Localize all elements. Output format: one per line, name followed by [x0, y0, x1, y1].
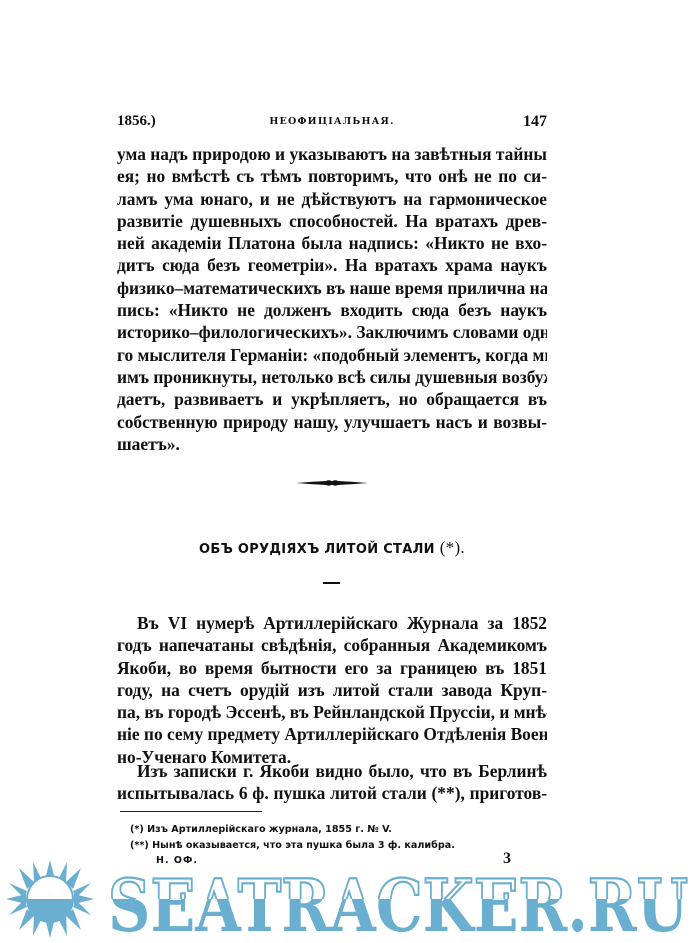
text-line: Въ VI нумерѣ Артиллерійскаго Журнала за … — [117, 612, 547, 634]
sun-icon — [6, 860, 94, 938]
text-line: Изъ записки г. Якоби видно было, что въ … — [117, 760, 547, 782]
text-line: го мыслителя Германіи: «подобный элемент… — [117, 344, 547, 366]
footnotes: (*) Изъ Артиллерійскаго журнала, 1855 г.… — [130, 822, 455, 854]
text-line: годъ напечатаны свѣдѣнія, собранныя Акад… — [117, 634, 547, 656]
footnote-2: (**) Нынѣ оказывается, что эта пушка был… — [130, 838, 455, 854]
text-line: ней академіи Платона была надпись: «Никт… — [117, 232, 547, 254]
text-line: ея; но вмѣстѣ съ тѣмъ повторимъ, что онѣ… — [117, 165, 547, 187]
text-line: пись: «Никто не долженъ входить сюда без… — [117, 299, 547, 321]
text-line: развитіе душевныхъ способностей. На врат… — [117, 210, 547, 232]
divider-ornament-icon — [296, 479, 368, 487]
running-header: 1856.) НЕОФИЦІАЛЬНАЯ. 147 — [117, 113, 547, 133]
text-line: шаетъ». — [117, 433, 547, 455]
text-line: историко–филологическихъ». Заключимъ сло… — [117, 321, 547, 343]
text-line: собственную природу нашу, улучшаетъ насъ… — [117, 411, 547, 433]
page-number: 147 — [523, 113, 547, 131]
footnote-marker: (*). — [440, 538, 465, 557]
header-section-title: НЕОФИЦІАЛЬНАЯ. — [117, 116, 547, 127]
article-paragraph-2: Изъ записки г. Якоби видно было, что въ … — [117, 760, 547, 805]
document-page: 1856.) НЕОФИЦІАЛЬНАЯ. 147 ума надъ приро… — [0, 0, 695, 943]
article-title: ОБЪ ОРУДІЯХЪ ЛИТОЙ СТАЛИ (*). — [117, 538, 547, 558]
text-line: Якоби, во время бытности его за границею… — [117, 657, 547, 679]
text-line: году, на счетъ орудій изъ литой стали за… — [117, 679, 547, 701]
article-title-text: ОБЪ ОРУДІЯХЪ ЛИТОЙ СТАЛИ — [199, 542, 435, 557]
text-line: даетъ, развиваетъ и укрѣпляетъ, но обращ… — [117, 388, 547, 410]
text-line: ніе по сему предмету Артиллерійскаго Отд… — [117, 723, 547, 745]
title-dash-divider — [323, 582, 340, 584]
article-paragraph-1: Въ VI нумерѣ Артиллерійскаго Журнала за … — [117, 612, 547, 768]
text-line: ламъ ума юнаго, и не дѣйствуютъ на гармо… — [117, 188, 547, 210]
footnote-1: (*) Изъ Артиллерійскаго журнала, 1855 г.… — [130, 822, 455, 838]
text-line: дитъ сюда безъ геометріи». На вратахъ хр… — [117, 254, 547, 276]
text-line: па, въ городѣ Эссенѣ, въ Рейнландской Пр… — [117, 701, 547, 723]
continuation-paragraph: ума надъ природою и указываютъ на завѣтн… — [117, 143, 547, 455]
text-line: имъ проникнуты, нетолько всѣ силы душевн… — [117, 366, 547, 388]
text-line: ума надъ природою и указываютъ на завѣтн… — [117, 143, 547, 165]
watermark: SEATRACKER.RU SEATRACKER.RU — [0, 855, 695, 943]
text-line: испытывалась 6 ф. пушка литой стали (**)… — [117, 782, 547, 804]
text-line: физико–математическихъ въ наше время при… — [117, 277, 547, 299]
footnote-rule — [120, 811, 262, 812]
